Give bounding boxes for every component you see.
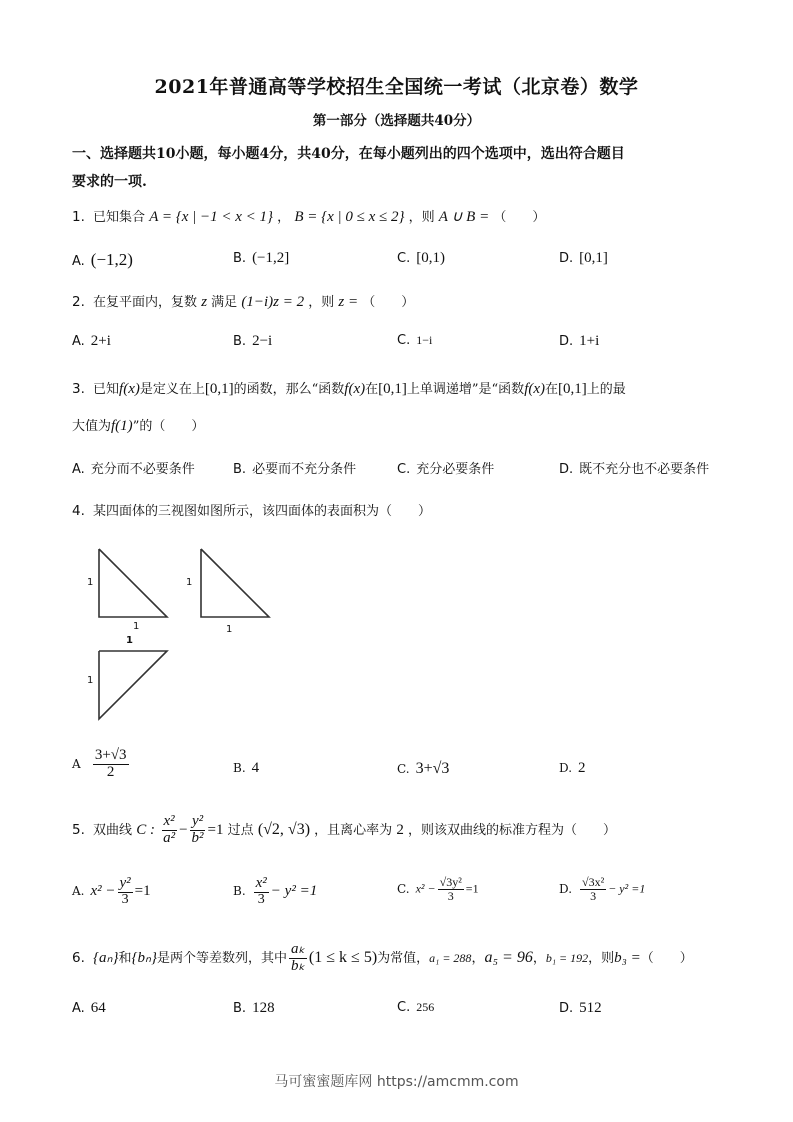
q5-option-d[interactable]: D.√3x²3− y² =1 [559, 876, 645, 902]
set-a: A = {x | −1 < x < 1} [149, 209, 273, 225]
q6-option-d[interactable]: D.512 [559, 1000, 602, 1017]
q1-option-d[interactable]: D.[0,1] [559, 250, 608, 267]
front-view-width-label: 1 [133, 621, 139, 632]
front-view-triangle [99, 549, 167, 617]
document-title: 2021年普通高等学校招生全国统一考试（北京卷）数学 [0, 72, 793, 99]
q4-option-a[interactable]: A 3+√32 [72, 748, 131, 781]
question-3-line2: 大值为f(1)”的（ ） [72, 415, 204, 435]
question-3-line1: 3. 已知f(x)是定义在上[0,1]的函数，那么“函数f(x)在[0,1]上单… [72, 378, 626, 398]
footer-watermark: 马可蜜蜜题库网 https://amcmm.com [0, 1071, 793, 1091]
section-subtitle: 第一部分（选择题共40分） [0, 109, 793, 129]
set-b: B = {x | 0 ≤ x ≤ 2} [294, 209, 404, 225]
question-4: 4. 某四面体的三视图如图所示，该四面体的表面积为（ ） [72, 500, 431, 519]
q4-option-c[interactable]: C.3+√3 [397, 760, 449, 778]
q2-option-d[interactable]: D.1+i [559, 333, 599, 350]
question-6: 6. {aₙ}和{bₙ}是两个等差数列，其中aₖbₖ(1 ≤ k ≤ 5)为常值… [72, 942, 693, 975]
q6-option-a[interactable]: A.64 [72, 1000, 106, 1017]
question-2: 2. 在复平面内，复数 z 满足 (1−i)z = 2 ，则 z = （ ） [72, 291, 414, 311]
side-view-width-label: 1 [226, 624, 232, 635]
question-number: 1. [72, 209, 85, 225]
top-view-width-label: 1 [126, 635, 133, 646]
q5-option-b[interactable]: B.x²3− y² =1 [233, 876, 317, 907]
q5-option-a[interactable]: A.x² −y²3=1 [72, 876, 151, 907]
q2-option-a[interactable]: A.2+i [72, 333, 111, 350]
q1-option-c[interactable]: C.[0,1) [397, 250, 445, 267]
side-view-triangle [201, 549, 269, 617]
q6-option-b[interactable]: B.128 [233, 1000, 275, 1017]
top-view-triangle [99, 651, 167, 719]
q1-option-b[interactable]: B.(−1,2] [233, 250, 289, 267]
q3-option-d[interactable]: D.既不充分也不必要条件 [559, 458, 709, 477]
q2-option-b[interactable]: B.2−i [233, 333, 272, 350]
q4-option-d[interactable]: D.2 [559, 760, 586, 777]
q3-option-c[interactable]: C.充分必要条件 [397, 458, 494, 477]
q6-option-c[interactable]: C.256 [397, 1000, 434, 1015]
q3-option-b[interactable]: B.必要而不充分条件 [233, 458, 356, 477]
q5-option-c[interactable]: C.x² −√3y²3=1 [397, 876, 479, 902]
q1-option-a[interactable]: A.(−1,2) [72, 250, 133, 270]
section-instruction-line1: 一、选择题共10小题，每小题4分，共40分，在每小题列出的四个选项中，选出符合题… [72, 143, 625, 163]
tetrahedron-views-svg [70, 540, 290, 730]
question-1: 1. 已知集合 A = {x | −1 < x < 1} ， B = {x | … [72, 206, 545, 226]
side-view-height-label: 1 [186, 577, 192, 588]
three-view-diagram: 1 1 1 1 1 1 [70, 540, 290, 730]
front-view-height-label: 1 [87, 577, 93, 588]
q2-option-c[interactable]: C.1−i [397, 333, 432, 348]
top-view-height-label: 1 [87, 675, 93, 686]
q4-option-b[interactable]: B.4 [233, 760, 259, 777]
section-instruction-line2: 要求的一项. [72, 171, 147, 191]
q3-option-a[interactable]: A.充分而不必要条件 [72, 458, 195, 477]
question-5: 5. 双曲线 C : x²a²−y²b²=1 过点 (√2, √3) ，且离心率… [72, 814, 616, 847]
